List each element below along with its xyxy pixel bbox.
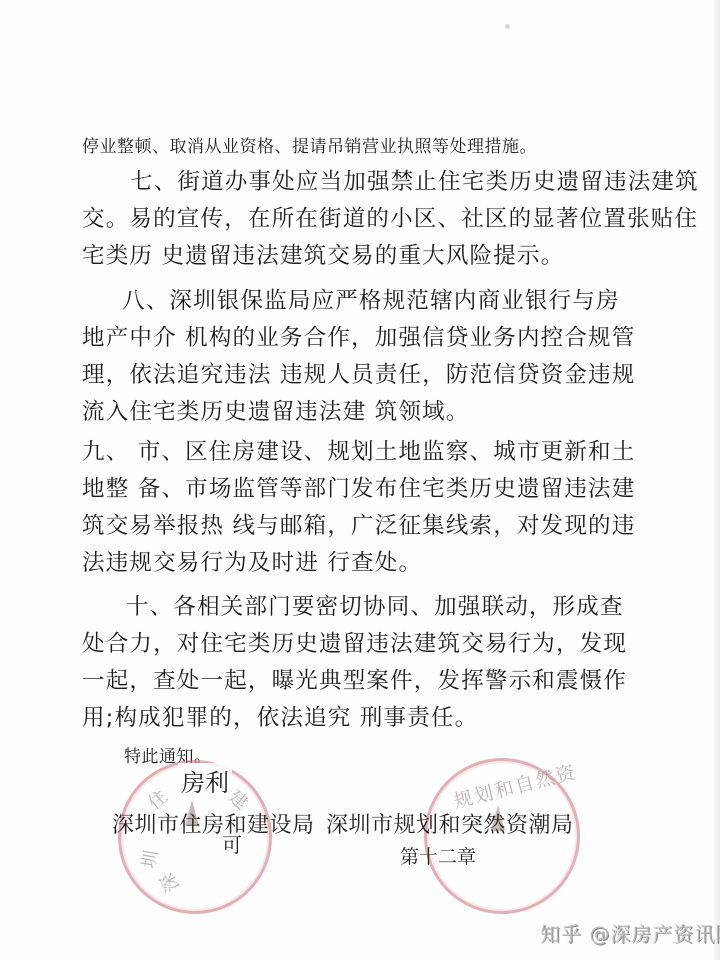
paragraph-9-line: 九、 市、区住房建设、规划土地监察、城市更新和土	[82, 434, 635, 466]
document-page: 停业整顿、取消从业资格、提请吊销营业执照等处理措施。 七、街道办事处应当加强禁止…	[0, 0, 720, 960]
paragraph-10-line: 用;构成犯罪的，依法追究 刑事责任。	[82, 700, 478, 732]
paragraph-10-line: 一起，查处一起，曝光典型案件，发挥警示和震慑作	[82, 663, 627, 695]
paragraph-8-line: 八、深圳银保监局应严格规范辖内商业银行与房	[122, 283, 620, 315]
speck	[505, 24, 510, 29]
paragraph-9-line: 法违规交易行为及时进 行查处。	[82, 545, 422, 577]
paragraph-8-line: 地产中介 机构的业务合作，加强信贷业务内控合规管	[82, 320, 635, 352]
paragraph-8-line: 流入住宅类历史遗留违法建 筑领域。	[82, 394, 470, 426]
text-line: 停业整顿、取消从业资格、提请吊销营业执照等处理措施。	[82, 132, 537, 157]
paragraph-9-line: 筑交易举报热 线与邮箱，广泛征集线索，对发现的违	[82, 508, 635, 540]
paragraph-7-line: 宅类历 史遗留违法建筑交易的重大风险提示。	[82, 238, 564, 270]
paragraph-7-line: 七、街道办事处应当加强禁止住宅类历史遗留违法建筑	[130, 164, 699, 196]
paragraph-7-line: 交。易的宣传，在所在街道的小区、社区的显著位置张贴住	[82, 201, 698, 233]
stamp-overlay-text: 第十二章	[400, 842, 476, 869]
paragraph-10-line: 十、各相关部门要密切协同、加强联动，形成查	[126, 589, 624, 621]
paragraph-9-line: 地整 备、市场监管等部门发布住宅类历史遗留违法建	[82, 471, 635, 503]
zhihu-watermark: 知乎 @深房产资讯随	[540, 918, 720, 947]
page-edge	[714, 0, 720, 960]
issuing-agency-housing: 深圳市住房和建设局	[112, 808, 315, 839]
paragraph-8-line: 理，依法追究违法 违规人员责任，防范信贷资金违规	[82, 357, 635, 389]
stamp-overlay-text: 房利	[178, 763, 232, 798]
issuing-agency-planning: 深圳市规划和突然资潮局	[326, 808, 574, 839]
paragraph-10-line: 处合力，对住宅类历史遗留违法建筑交易行为，发现	[82, 626, 627, 658]
